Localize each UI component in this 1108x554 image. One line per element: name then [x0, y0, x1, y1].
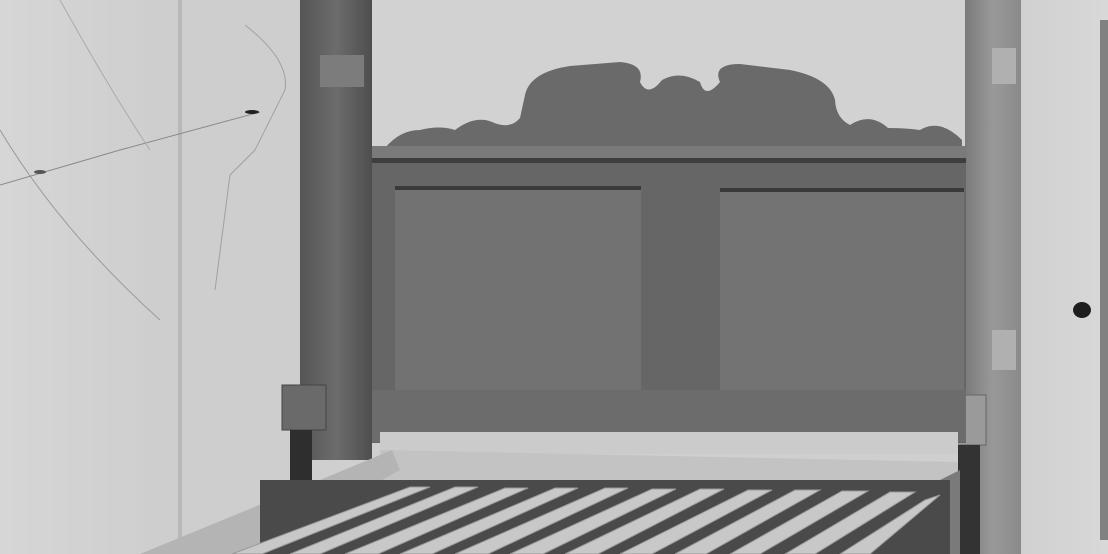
- bed-photograph: [0, 0, 1108, 554]
- bed-slats: [232, 480, 950, 554]
- headboard-panel-right: [720, 190, 964, 390]
- headboard-panel-left: [395, 188, 641, 390]
